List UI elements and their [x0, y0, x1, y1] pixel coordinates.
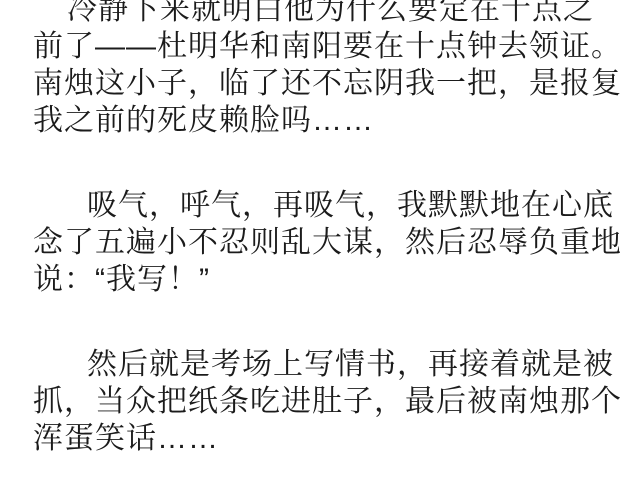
text-line: 我之前的死皮赖脸吗……: [33, 102, 625, 139]
paragraph-2: 吸气，呼气，再吸气，我默默地在心底 念了五遍小不忍则乱大谋，然后忍辱负重地 说：…: [33, 187, 625, 298]
text-line: 然后就是考场上写情书，再接着就是被: [33, 346, 625, 383]
text-line: 冷静下来就明白他为什么要定在十点之: [33, 0, 625, 28]
novel-text-block: 冷静下来就明白他为什么要定在十点之 前了——杜明华和南阳要在十点钟去领证。 南烛…: [33, 0, 625, 457]
text-line: 吸气，呼气，再吸气，我默默地在心底: [33, 187, 625, 224]
text-line: 念了五遍小不忍则乱大谋，然后忍辱负重地: [33, 224, 625, 261]
text-line: 前了——杜明华和南阳要在十点钟去领证。: [33, 28, 625, 65]
text-line: 说：“我写！”: [33, 261, 625, 298]
paragraph-3: 然后就是考场上写情书，再接着就是被 抓，当众把纸条吃进肚子，最后被南烛那个 浑蛋…: [33, 346, 625, 457]
text-line: 浑蛋笑话……: [33, 420, 625, 457]
paragraph-1: 冷静下来就明白他为什么要定在十点之 前了——杜明华和南阳要在十点钟去领证。 南烛…: [33, 0, 625, 139]
text-line: 抓，当众把纸条吃进肚子，最后被南烛那个: [33, 383, 625, 420]
text-line: 南烛这小子，临了还不忘阴我一把，是报复: [33, 65, 625, 102]
novel-page: 冷静下来就明白他为什么要定在十点之 前了——杜明华和南阳要在十点钟去领证。 南烛…: [0, 0, 640, 500]
